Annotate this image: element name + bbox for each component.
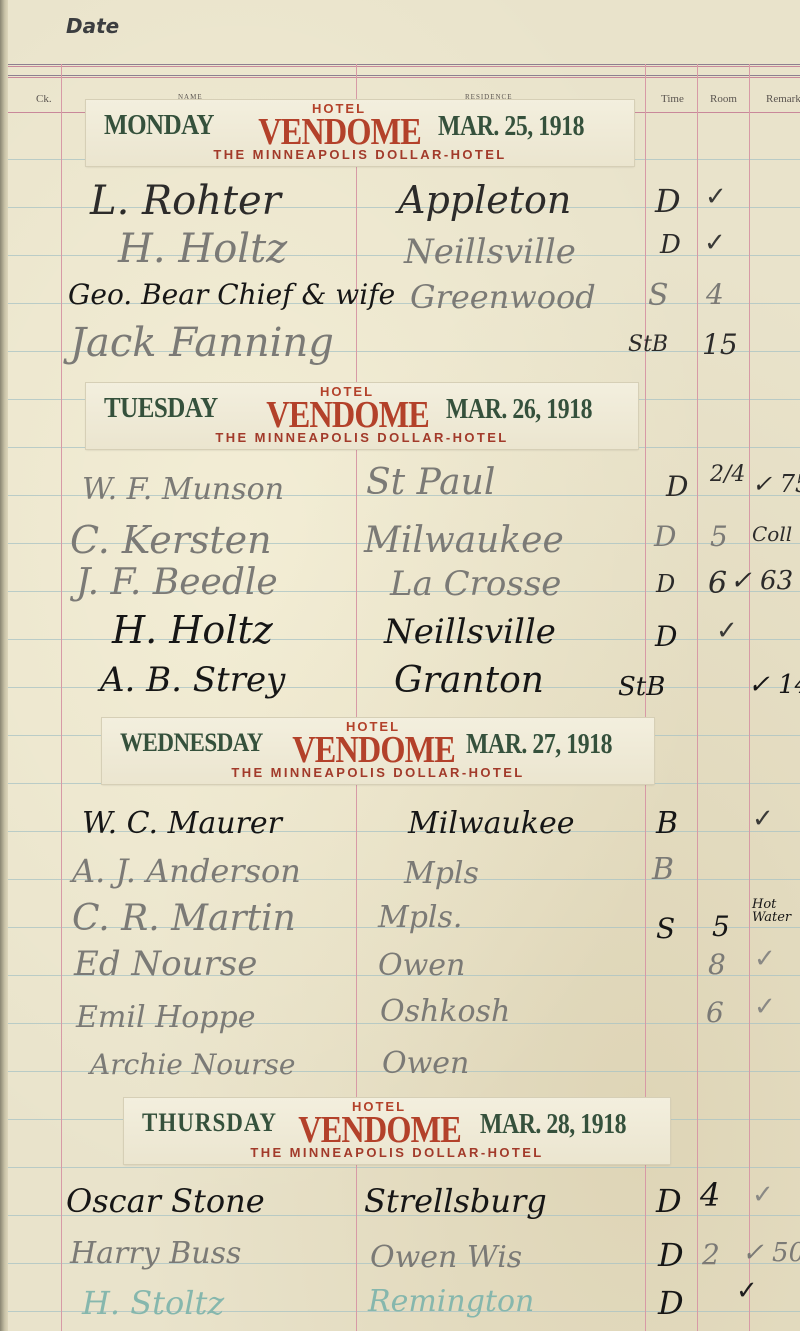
header-rule	[8, 64, 800, 65]
label-date: MAR. 25, 1918	[438, 110, 584, 143]
entry-residence: Appleton	[398, 178, 571, 222]
entry-room: 4	[700, 1176, 720, 1214]
entry-residence: Granton	[394, 660, 544, 701]
check-mark-icon: ✓	[752, 1180, 774, 1210]
entry-name: Harry Buss	[70, 1236, 241, 1271]
header-rule	[8, 66, 800, 67]
entry-residence: Mpls	[404, 856, 479, 891]
column-header-remarks: Remarks	[766, 93, 800, 105]
entry-name: J. F. Beedle	[76, 562, 278, 603]
label-date: MAR. 28, 1918	[480, 1108, 626, 1141]
hotel-tagline: THE MINNEAPOLIS DOLLAR-HOTEL	[102, 765, 654, 780]
column-header-time: Time	[661, 93, 684, 105]
entry-remark: Hot Water	[752, 898, 800, 924]
entry-time: S	[648, 278, 669, 313]
column-header-room: Room	[710, 93, 737, 105]
entry-name: Geo. Bear Chief & wife	[68, 278, 395, 311]
entry-room: 4	[706, 278, 724, 311]
entry-room: 5	[710, 520, 728, 553]
label-date: MAR. 26, 1918	[446, 393, 592, 426]
entry-residence: Strellsburg	[364, 1182, 547, 1220]
entry-time: D	[654, 520, 676, 553]
entry-room: 15	[702, 328, 738, 361]
entry-time: StB	[628, 332, 668, 357]
entry-time: S	[656, 912, 675, 945]
hotel-register-page: Date Ck. NAME RESIDENCE Time Room Remark…	[0, 0, 800, 1331]
check-mark-icon: ✓	[752, 804, 774, 834]
entry-room: 2	[702, 1238, 720, 1271]
entry-residence: Owen	[378, 948, 465, 983]
entry-time: D	[660, 230, 681, 260]
day-name: WEDNESDAY	[120, 728, 263, 758]
entry-name: H. Holtz	[118, 226, 287, 272]
hotel-tagline: THE MINNEAPOLIS DOLLAR-HOTEL	[86, 147, 634, 162]
entry-name: H. Holtz	[112, 608, 273, 652]
day-name: MONDAY	[104, 110, 214, 142]
entry-remark: ✓ 50	[742, 1238, 800, 1268]
entry-residence: Neillsville	[404, 232, 576, 272]
hotel-brand: HOTEL VENDOME	[278, 720, 468, 766]
entry-remark: ✓ 75	[752, 470, 800, 498]
entry-remark: ✓ 63	[730, 566, 793, 596]
entry-time: D	[658, 1284, 684, 1322]
check-mark-icon: ✓	[754, 992, 776, 1022]
entry-room: 6	[706, 996, 724, 1029]
entry-name: W. F. Munson	[82, 472, 284, 507]
day-name: TUESDAY	[104, 393, 218, 425]
entry-room: 2/4	[710, 462, 745, 487]
entry-name: C. R. Martin	[72, 898, 296, 939]
entry-remark: ✓ 14	[748, 670, 800, 700]
entry-name: Jack Fanning	[70, 320, 334, 366]
header-rule	[8, 75, 800, 76]
hotel-brand: HOTEL VENDOME	[252, 385, 442, 431]
entry-room: 6	[708, 566, 727, 601]
entry-name: H. Stoltz	[82, 1284, 224, 1322]
entry-time: D	[656, 1182, 682, 1220]
entry-time: D	[655, 182, 681, 220]
entry-time: B	[656, 806, 678, 841]
entry-residence: La Crosse	[390, 564, 561, 604]
entry-residence: Mpls.	[378, 900, 462, 935]
hotel-date-label-monday: MONDAY HOTEL VENDOME MAR. 25, 1918 THE M…	[86, 100, 634, 166]
entry-room: 5	[712, 910, 730, 943]
hotel-tagline: THE MINNEAPOLIS DOLLAR-HOTEL	[86, 430, 638, 445]
check-mark-icon: ✓	[716, 616, 738, 646]
date-heading: Date	[66, 14, 119, 38]
header-rule	[8, 77, 800, 78]
entry-name: W. C. Maurer	[82, 806, 282, 841]
label-date: MAR. 27, 1918	[466, 728, 612, 761]
check-mark-icon: ✓	[705, 182, 727, 212]
entry-residence: Remington	[368, 1284, 534, 1319]
book-binding	[0, 0, 8, 1331]
entry-name: Ed Nourse	[74, 944, 257, 984]
hotel-brand: HOTEL VENDOME	[244, 102, 434, 148]
entry-residence: Milwaukee	[364, 520, 564, 561]
entry-name: L. Rohter	[90, 178, 281, 224]
check-mark-icon: ✓	[736, 1276, 758, 1306]
entry-residence: Owen	[382, 1046, 469, 1081]
column-divider	[697, 64, 698, 1331]
entry-name: C. Kersten	[70, 518, 272, 562]
entry-name: Oscar Stone	[66, 1182, 265, 1220]
entry-name: A. B. Strey	[100, 660, 285, 700]
hotel-date-label-tuesday: TUESDAY HOTEL VENDOME MAR. 26, 1918 THE …	[86, 383, 638, 449]
entry-name: A. J. Anderson	[72, 852, 301, 890]
entry-time: D	[666, 470, 688, 503]
entry-residence: Owen Wis	[370, 1240, 522, 1275]
hotel-date-label-wednesday: WEDNESDAY HOTEL VENDOME MAR. 27, 1918 TH…	[102, 718, 654, 784]
entry-time: D	[655, 620, 677, 653]
entry-time: D	[656, 570, 675, 598]
entry-remark: Coll	[752, 522, 792, 546]
entry-room: 8	[708, 948, 726, 981]
entry-residence: Milwaukee	[408, 806, 574, 841]
entry-residence: Greenwood	[410, 278, 596, 316]
entry-residence: Oshkosh	[380, 994, 510, 1029]
hotel-date-label-thursday: THURSDAY HOTEL VENDOME MAR. 28, 1918 THE…	[124, 1098, 670, 1164]
entry-name: Emil Hoppe	[76, 1000, 255, 1035]
column-divider	[61, 64, 62, 1331]
entry-time: B	[652, 852, 674, 887]
entry-time: D	[658, 1236, 684, 1274]
entry-name: Archie Nourse	[90, 1048, 295, 1081]
hotel-tagline: THE MINNEAPOLIS DOLLAR-HOTEL	[124, 1145, 670, 1160]
hotel-brand: HOTEL VENDOME	[284, 1100, 474, 1146]
check-mark-icon: ✓	[754, 944, 776, 974]
day-name: THURSDAY	[142, 1108, 277, 1138]
entry-residence: Neillsville	[384, 612, 556, 652]
check-mark-icon: ✓	[704, 228, 726, 258]
entry-time: StB	[618, 672, 665, 702]
column-header-ck: Ck.	[36, 93, 52, 105]
entry-residence: St Paul	[366, 462, 495, 503]
